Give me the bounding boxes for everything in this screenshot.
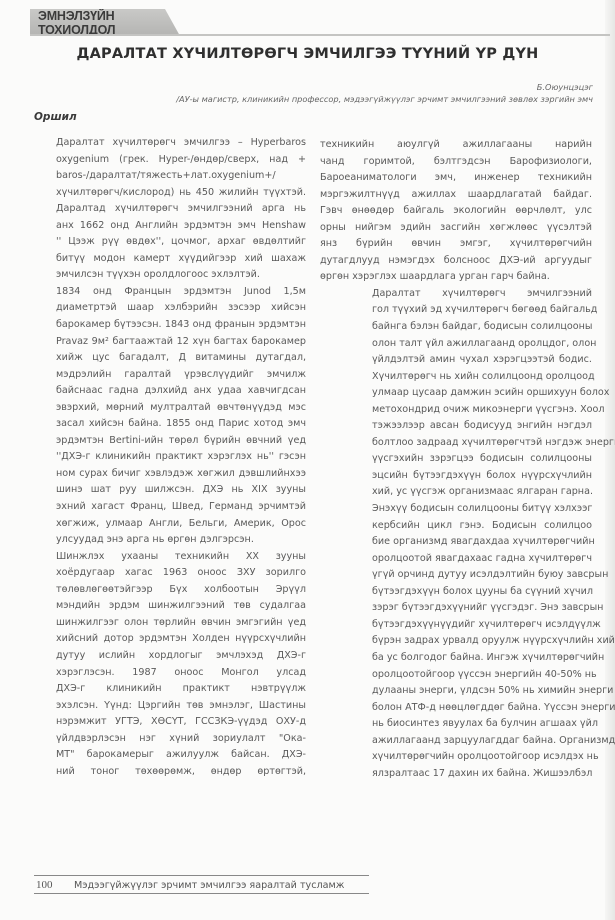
text-line: Pravaz 9м² багтаажтай 12 хүн багтах баро… — [34, 334, 306, 351]
text-line: хийсний дотор эрдэмтэн Холден нүүрсхүчли… — [34, 631, 306, 648]
page-footer: 100 Мэдээгүйжүүлэг эрчимт эмчилгээ яарал… — [36, 877, 344, 893]
paragraph: Даралтат хүчилтөрөгч эмчилгээнийгол түүх… — [320, 286, 592, 782]
section-label-tab: ЭМНЭЛЗҮЙН ТОХИОЛДОЛ — [30, 9, 180, 36]
text-line: гол түүхий эд хүчилтөрөгч бөгөөд байгаль… — [320, 302, 592, 319]
text-line: метохондрид очиж микоэнерги үүсгэнэ. Хоо… — [320, 402, 592, 419]
text-line: эхэлсэн. Үүнд: Цэргийн төв эмнэлэг, Шаст… — [34, 698, 306, 715]
text-line: барокамер бүтээсэн. 1843 онд франын эрдэ… — [34, 317, 306, 334]
text-line: Гэвч өнөөдөр байгаль экологийн өөрчлөлт,… — [320, 203, 592, 220]
journal-title: Мэдээгүйжүүлэг эрчимт эмчилгээ яаралтай … — [74, 880, 344, 891]
text-line: бүтээгдэхүүн болох цууны ба сүүний хүчил — [320, 584, 592, 601]
text-line: чанд горимтой, бэлтгэдсэн Барофизиологи, — [320, 154, 592, 171]
text-line: техникийн аюулгүй ажиллагааны нарийн — [320, 137, 592, 154]
text-line: болтлоо задраад хүчилтөрөгчтэй нэгдэж эн… — [320, 435, 592, 452]
text-line: МТ" барокамерыг ажилуулж байсан. ДХЭ- — [34, 747, 306, 764]
section-divider — [30, 34, 610, 36]
text-line: Бароеаниматологи эмч, инженер техникийн — [320, 170, 592, 187]
text-line: хүчилтөрөгчийн оролцоотойгоор исэлдэх нь — [320, 749, 592, 766]
text-line: нь биосинтез явуулах ба булчин агшаах үй… — [320, 716, 592, 733]
text-line: болон АТФ-д нөөцлөгддөг байна. Үүссэн эн… — [320, 700, 592, 717]
author-name: Б.Оюунцэцэг — [176, 81, 593, 93]
text-line: мэндийн эрдэм шинжилгээний төв судалгаа — [34, 598, 306, 615]
text-line: өргөн хэрэглэх шаардлага урган гарч байн… — [320, 269, 592, 286]
text-line: байнга бэлэн байдаг, бодисын солилцооны — [320, 319, 592, 336]
page-edge-shadow — [605, 0, 615, 920]
text-line: эрдэмтэн Bertini-ийн төрөл бүрийн өвчний… — [34, 433, 306, 450]
paragraph: Даралтат хүчилтөрөгч эмчилгээ – Hyperbar… — [34, 135, 306, 284]
text-line: бүтээгдэхүүнүүдийг хүчилтөрөгч исэлдүүлж — [320, 617, 592, 634]
text-line: хийж цус багадалт, Д витамины дутагдал, — [34, 350, 306, 367]
text-line: оролцоотой явагдахаас гадна хүчилтөрөгч — [320, 551, 592, 568]
paragraph: Шинжлэх ухааны техникийн XX зууныхоёрдуг… — [34, 549, 306, 781]
text-line: Хүчилтөрөгч нь хийн солилцоонд оролцоод — [320, 369, 592, 386]
text-line: засал хийсэн байна. 1855 онд Парис хотод… — [34, 416, 306, 433]
text-line: улсуудад энэ арга нь өргөн дэлгэрсэн. — [34, 532, 306, 549]
text-line: зэрэг бүтээгдэхүүнийг үүсгэдэг. Энэ завс… — [320, 600, 592, 617]
text-line: ажиллагаанд зарцуулагддаг байна. Организ… — [320, 733, 592, 750]
text-line: янз бүрийн өвчин эмгэг, хүчилтөрөгчийн — [320, 236, 592, 253]
text-line: бие организмд явагдахдаа хүчилтөрөгчийн — [320, 534, 592, 551]
text-line: хэрэглэсэн. 1987 оноос Монгол улсад — [34, 665, 306, 682]
text-line: хоёрдугаар хагас 1963 оноос ЗХУ зорилго — [34, 565, 306, 582]
text-line: дутагдлууд нэмэгдэх болсноос ДХЭ-ий аргу… — [320, 253, 592, 270]
text-line: '' Цээж рүү өвдөх'', цочмог, архаг өвдөл… — [34, 234, 306, 251]
text-line: Даралтад хүчилтөрөгч эмчилгээний арга нь — [34, 201, 306, 218]
text-line: шинэ шат руу шилжсэн. ДХЭ нь XIX зууны — [34, 482, 306, 499]
text-line: кербсийн цикл гэнэ. Бодисын солилцоо — [320, 518, 592, 535]
text-line: эхний хагаст Франц, Швед, Германд эрчимт… — [34, 499, 306, 516]
text-line: үйлдвэрлэсэн нэг хүний зориулалт "Ока- — [34, 731, 306, 748]
text-line: Даралтат хүчилтөрөгч эмчилгээ – Hyperbar… — [34, 135, 306, 152]
paragraph: техникийн аюулгүй ажиллагааны нарийнчанд… — [320, 137, 592, 286]
text-line: шинжилгээг олон төрлийн өвчин эмгэгийн ү… — [34, 615, 306, 632]
article-title: ДАРАЛТАТ ХҮЧИЛТӨРӨГЧ ЭМЧИЛГЭЭ ТҮҮНИЙ ҮР … — [0, 46, 615, 62]
text-line: эмчилсэн түүхэн оролдлогоос эхлэлтэй. — [34, 267, 306, 284]
text-line: орны нийгэм эдийн засгийн хөгжлөөс үүсэл… — [320, 220, 592, 237]
text-line: эцсийн бүтээгдэхүүн болох нүүрсхүчлийн — [320, 468, 592, 485]
text-line: төлөвлөгөөтэйгээр Бүх холбоотын Эрүүл — [34, 582, 306, 599]
right-column: техникийн аюулгүй ажиллагааны нарийнчанд… — [320, 137, 592, 782]
text-line: ний тоног төхөөрөмж, өндөр өртөгтэй, — [34, 764, 306, 781]
text-line: үйлдэлтэй амин чухал хэрэгцээтэй бодис. — [320, 352, 592, 369]
text-line: тэжээлээр авсан бодисууд энгийн нэгдэл — [320, 418, 592, 435]
paragraph: 1834 онд Францын эрдэмтэн Junod 1,5мдиам… — [34, 284, 306, 549]
text-line: эвэрхий, мөрний мултралтай өвчтөнүүдэд м… — [34, 400, 306, 417]
text-line: baros-/даралтат/тяжесть+лат.oxygenium+/ — [34, 168, 306, 185]
text-line: дутуу ислийн хордлогыг эмчлэхэд ДХЭ-г — [34, 648, 306, 665]
footer-rule — [34, 893, 369, 894]
text-line: анх 1662 онд Английн эрдэмтэн эмч Hensha… — [34, 218, 306, 235]
intro-heading: Оршил — [34, 111, 77, 123]
text-line: Шинжлэх ухааны техникийн XX зууны — [34, 549, 306, 566]
left-column: Даралтат хүчилтөрөгч эмчилгээ – Hyperbar… — [34, 135, 306, 780]
page-number: 100 — [36, 879, 74, 891]
text-line: бүрэн задрах урвалд оруулж нүүрсхүчлийн … — [320, 633, 592, 650]
text-line: улмаар цусаар дамжин эсийн оршихуун боло… — [320, 385, 592, 402]
text-line: ном сурах бичиг хэвлэдэж хөгжил дэвшлийн… — [34, 466, 306, 483]
text-line: хүчилтөрөгч/кислород) нь 450 жилийн түүх… — [34, 185, 306, 202]
footer-rule — [34, 875, 369, 876]
text-line: дулааны энерги, үлдсэн 50% нь химийн эне… — [320, 683, 592, 700]
author-block: Б.Оюунцэцэг /АУ-ы магистр, клиникийн про… — [176, 81, 593, 105]
text-line: oxygenium (грек. Hyper-/өндөр/сверх, над… — [34, 152, 306, 169]
text-line: мэргэжилтнүүд ажиллах шаардлагатай байда… — [320, 187, 592, 204]
text-line: үүсгэхийн зэрэгцээ бодисын солилцооны — [320, 451, 592, 468]
text-line: ялзралтаас 17 дахин их байна. Жишээлбэл — [320, 766, 592, 783]
text-line: Даралтат хүчилтөрөгч эмчилгээний — [320, 286, 592, 303]
text-line: 1834 онд Францын эрдэмтэн Junod 1,5м — [34, 284, 306, 301]
text-line: байснаас гадна дэлхийд анх удаа хавчигдс… — [34, 383, 306, 400]
text-line: үгүй орчинд дутуу исэлдэлтийн буюу завср… — [320, 567, 592, 584]
text-line: ба ус болгодог байна. Ингэж хүчилтөрөгчи… — [320, 650, 592, 667]
text-line: Энэхүү бодисын солилцооны битүү хэлхээг — [320, 501, 592, 518]
text-line: хий, ус үүсгэж организмаас ялгаран гарна… — [320, 484, 592, 501]
text-line: ДХЭ-г клиникийн практикт нэвтрүүлж — [34, 681, 306, 698]
text-line: мэдрэлийн гаралтай үрэвслүүдийг эмчилж — [34, 367, 306, 384]
text-line: ''ДХЭ-г клиникийн практикт хэрэглэх нь''… — [34, 449, 306, 466]
text-line: нэрэмжит УГТЭ, ХӨСҮТ, ГССЗКЭ-үүдэд ОХУ-д — [34, 714, 306, 731]
text-line: хөгжиж, улмаар Англи, Бельги, Америк, Ор… — [34, 516, 306, 533]
author-affiliation: /АУ-ы магистр, клиникийн профессор, мэдэ… — [176, 93, 593, 105]
text-line: диаметртэй шаар хэлбэрийн зэсээр хийсэн — [34, 300, 306, 317]
text-line: битүү модон камерт хүүдийгээр хий шахаж — [34, 251, 306, 268]
section-label: ЭМНЭЛЗҮЙН ТОХИОЛДОЛ — [38, 9, 180, 37]
text-line: олон талт үйл ажиллагаанд оролцдог, олон — [320, 336, 592, 353]
text-line: оролцоотойгоор үүссэн энергийн 40-50% нь — [320, 667, 592, 684]
